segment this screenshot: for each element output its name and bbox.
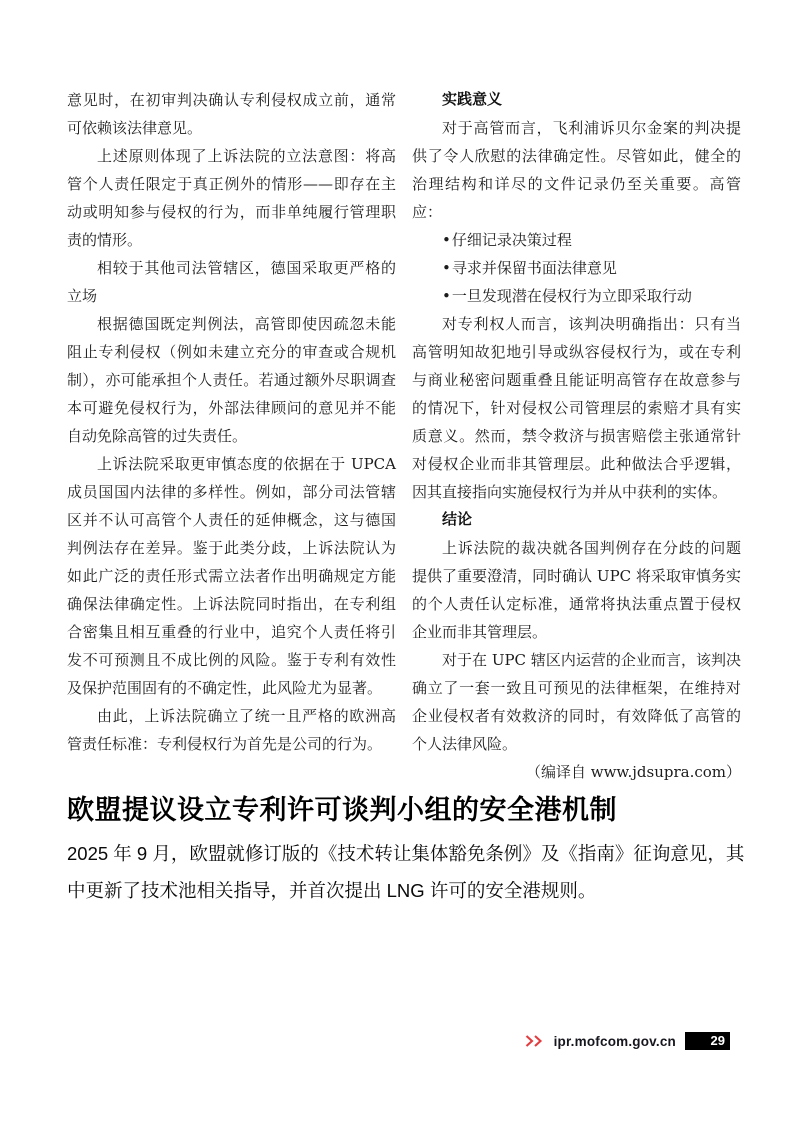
bullet-item: •仔细记录决策过程	[412, 226, 741, 254]
bullet-item-label: 仔细记录决策过程	[452, 231, 572, 249]
subheading-practical-significance: 实践意义	[412, 86, 741, 114]
section-intro: 2025 年 9 月，欧盟就修订版的《技术转让集体豁免条例》及《指南》征询意见，…	[67, 835, 745, 909]
bullet-icon: •	[442, 231, 451, 249]
next-article-section: 欧盟提议设立专利许可谈判小组的安全港机制 2025 年 9 月，欧盟就修订版的《…	[67, 794, 745, 909]
subheading-conclusion: 结论	[412, 506, 741, 534]
document-page: 意见时，在初审判决确认专利侵权成立前，通常可依赖该法律意见。 上述原则体现了上诉…	[0, 0, 794, 1123]
paragraph: 上诉法院采取更审慎态度的依据在于 UPCA 成员国国内法律的多样性。例如，部分司…	[67, 450, 396, 702]
bullet-item-label: 寻求并保留书面法律意见	[452, 259, 617, 277]
paragraph: 意见时，在初审判决确认专利侵权成立前，通常可依赖该法律意见。	[67, 86, 396, 142]
paragraph: 根据德国既定判例法，高管即使因疏忽未能阻止专利侵权（例如未建立充分的审查或合规机…	[67, 310, 396, 450]
page-footer: ipr.mofcom.gov.cn 29	[525, 1031, 730, 1051]
paragraph: 上诉法院的裁决就各国判例存在分歧的问题提供了重要澄清，同时确认 UPC 将采取审…	[412, 534, 741, 646]
left-column: 意见时，在初审判决确认专利侵权成立前，通常可依赖该法律意见。 上述原则体现了上诉…	[67, 86, 396, 786]
bullet-item-label: 一旦发现潜在侵权行为立即采取行动	[452, 287, 692, 305]
double-chevron-icon	[525, 1035, 545, 1047]
page-number-badge: 29	[685, 1032, 730, 1050]
bullet-icon: •	[442, 287, 451, 305]
paragraph: 相较于其他司法管辖区，德国采取更严格的立场	[67, 254, 396, 310]
bullet-icon: •	[442, 259, 451, 277]
bullet-item: •寻求并保留书面法律意见	[412, 254, 741, 282]
source-attribution: （编译自 www.jdsupra.com）	[412, 758, 741, 786]
paragraph: 对专利权人而言，该判决明确指出：只有当高管明知故犯地引导或纵容侵权行为，或在专利…	[412, 310, 741, 506]
section-title: 欧盟提议设立专利许可谈判小组的安全港机制	[67, 794, 745, 826]
bullet-item: •一旦发现潜在侵权行为立即采取行动	[412, 282, 741, 310]
paragraph: 上述原则体现了上诉法院的立法意图：将高管个人责任限定于真正例外的情形——即存在主…	[67, 142, 396, 254]
site-url: ipr.mofcom.gov.cn	[554, 1034, 676, 1049]
article-body: 意见时，在初审判决确认专利侵权成立前，通常可依赖该法律意见。 上述原则体现了上诉…	[67, 86, 741, 786]
paragraph: 由此，上诉法院确立了统一且严格的欧洲高管责任标准：专利侵权行为首先是公司的行为。	[67, 702, 396, 758]
right-column: 实践意义 对于高管而言，飞利浦诉贝尔金案的判决提供了令人欣慰的法律确定性。尽管如…	[412, 86, 741, 786]
paragraph: 对于在 UPC 辖区内运营的企业而言，该判决确立了一套一致且可预见的法律框架，在…	[412, 646, 741, 758]
paragraph: 对于高管而言，飞利浦诉贝尔金案的判决提供了令人欣慰的法律确定性。尽管如此，健全的…	[412, 114, 741, 226]
